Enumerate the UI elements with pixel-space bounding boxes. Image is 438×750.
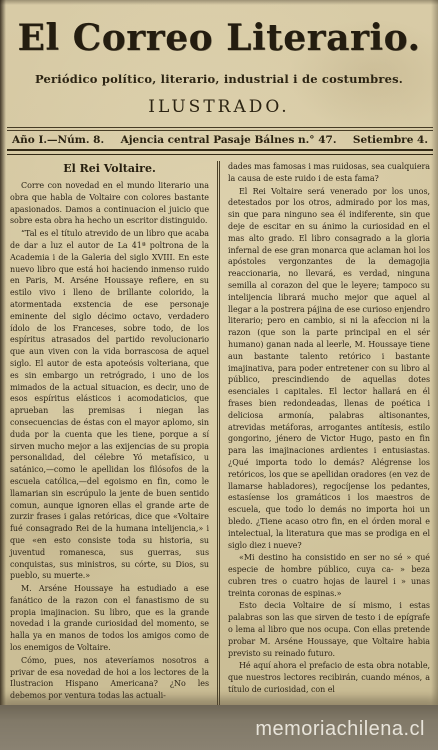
left-column: El Rei Voltaire. Corre con novedad en el… [10, 161, 220, 714]
masthead-tagline: ILUSTRADO. [0, 97, 438, 117]
article-heading: El Rei Voltaire. [10, 162, 209, 175]
article-paragraph: dades mas famosas i mas ruidosas, sea cu… [228, 161, 430, 185]
article-paragraph: «Mi destino ha consistido en ser no sé »… [228, 552, 430, 599]
scan-footer-band: memoriachilena.cl [0, 705, 438, 750]
scan-edge-top [0, 0, 438, 5]
newspaper-scan: { "masthead": { "title": "El Correo Lite… [0, 0, 438, 750]
article-paragraph: Esto decia Voltaire de sí mismo, i estas… [228, 600, 430, 659]
article-paragraph: Cómo, pues, nos ateveríamos nosotros a p… [10, 655, 209, 702]
scan-edge-left [0, 0, 6, 750]
article-paragraph: “Tal es el título atrevido de un libro q… [10, 228, 209, 582]
article-body: El Rei Voltaire. Corre con novedad en el… [0, 159, 438, 714]
article-paragraph: Corre con novedad en el mundo literario … [10, 180, 209, 227]
article-paragraph: M. Arséne Houssaye ha estudiado a ese fa… [10, 583, 209, 654]
horizontal-rule-bottom [7, 149, 433, 155]
masthead-subtitle: Periódico político, literario, industria… [0, 72, 438, 86]
article-paragraph: Hé aquí ahora el prefacio de esta obra n… [228, 660, 430, 695]
masthead-title: El Correo Literario. [6, 17, 432, 59]
scan-edge-right [431, 0, 438, 750]
right-column: dades mas famosas i mas ruidosas, sea cu… [220, 161, 430, 714]
issue-info-row: Año I.—Núm. 8. Ajencia central Pasaje Bá… [0, 131, 438, 149]
issue-date: Setiembre 4. [353, 134, 428, 146]
newspaper-page: El Correo Literario. Periódico político,… [0, 0, 438, 714]
agency-address: Ajencia central Pasaje Bálnes n.° 47. [121, 134, 337, 146]
issue-number: Año I.—Núm. 8. [12, 134, 104, 146]
article-paragraph: El Rei Voltaire será venerado por los un… [228, 186, 430, 552]
masthead: El Correo Literario. Periódico político,… [0, 0, 438, 117]
watermark-text: memoriachilena.cl [255, 718, 425, 741]
